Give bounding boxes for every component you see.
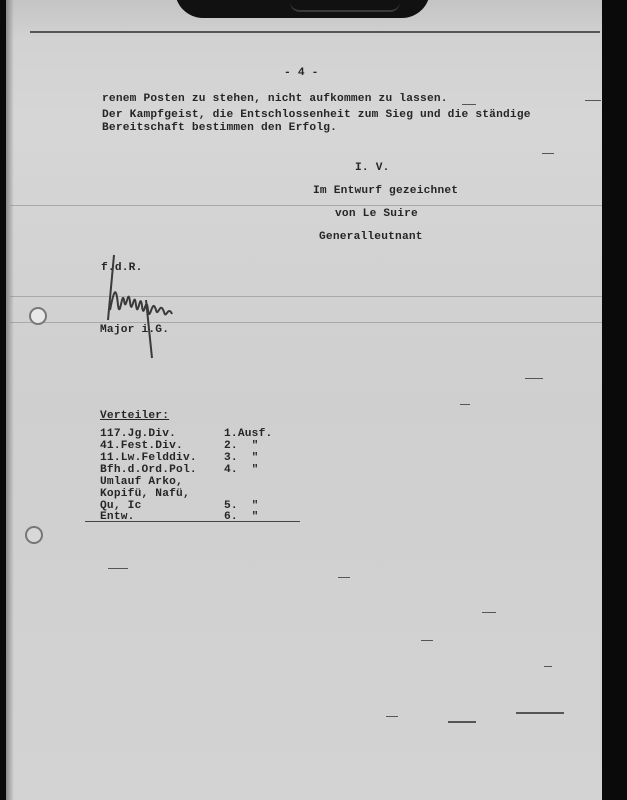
distribution-heading: Verteiler: — [100, 410, 169, 423]
ink-mark — [542, 153, 554, 154]
distribution-copy: 6. " — [224, 511, 259, 524]
handwritten-signature-icon — [100, 250, 180, 360]
certification-rank: Major i.G. — [100, 324, 169, 337]
ink-mark — [482, 612, 496, 613]
page-number: - 4 - — [284, 67, 319, 80]
body-line: Bereitschaft bestimmen den Erfolg. — [102, 122, 337, 135]
ink-mark — [460, 404, 470, 405]
signature-iv: I. V. — [355, 162, 390, 175]
ink-mark — [338, 577, 350, 578]
ink-mark — [462, 104, 476, 105]
body-line: renem Posten zu stehen, nicht aufkommen … — [102, 93, 448, 106]
signature-draft-note: Im Entwurf gezeichnet — [313, 185, 458, 198]
distribution-copy: 4. " — [224, 464, 259, 477]
page-edge-shadow — [6, 0, 14, 800]
top-fold-line — [30, 31, 600, 33]
ink-mark — [108, 568, 128, 569]
punch-hole-icon — [25, 526, 43, 544]
fold-line — [10, 322, 602, 323]
fold-line — [10, 296, 602, 297]
binder-clip-highlight — [290, 2, 400, 12]
ink-mark — [386, 716, 398, 717]
ink-mark — [516, 712, 564, 714]
signatory-name: von Le Suire — [335, 208, 418, 221]
ink-mark — [421, 640, 433, 641]
punch-hole-icon — [29, 307, 47, 325]
ink-mark — [544, 666, 552, 667]
ink-mark — [585, 100, 601, 101]
signatory-rank: Generalleutnant — [319, 231, 423, 244]
ink-mark — [448, 721, 476, 723]
body-line: Der Kampfgeist, die Entschlossenheit zum… — [102, 109, 531, 122]
distribution-recipient: Entw. — [100, 511, 135, 524]
fold-line — [10, 205, 602, 206]
ink-mark — [525, 378, 543, 379]
distribution-end-rule — [85, 521, 300, 522]
